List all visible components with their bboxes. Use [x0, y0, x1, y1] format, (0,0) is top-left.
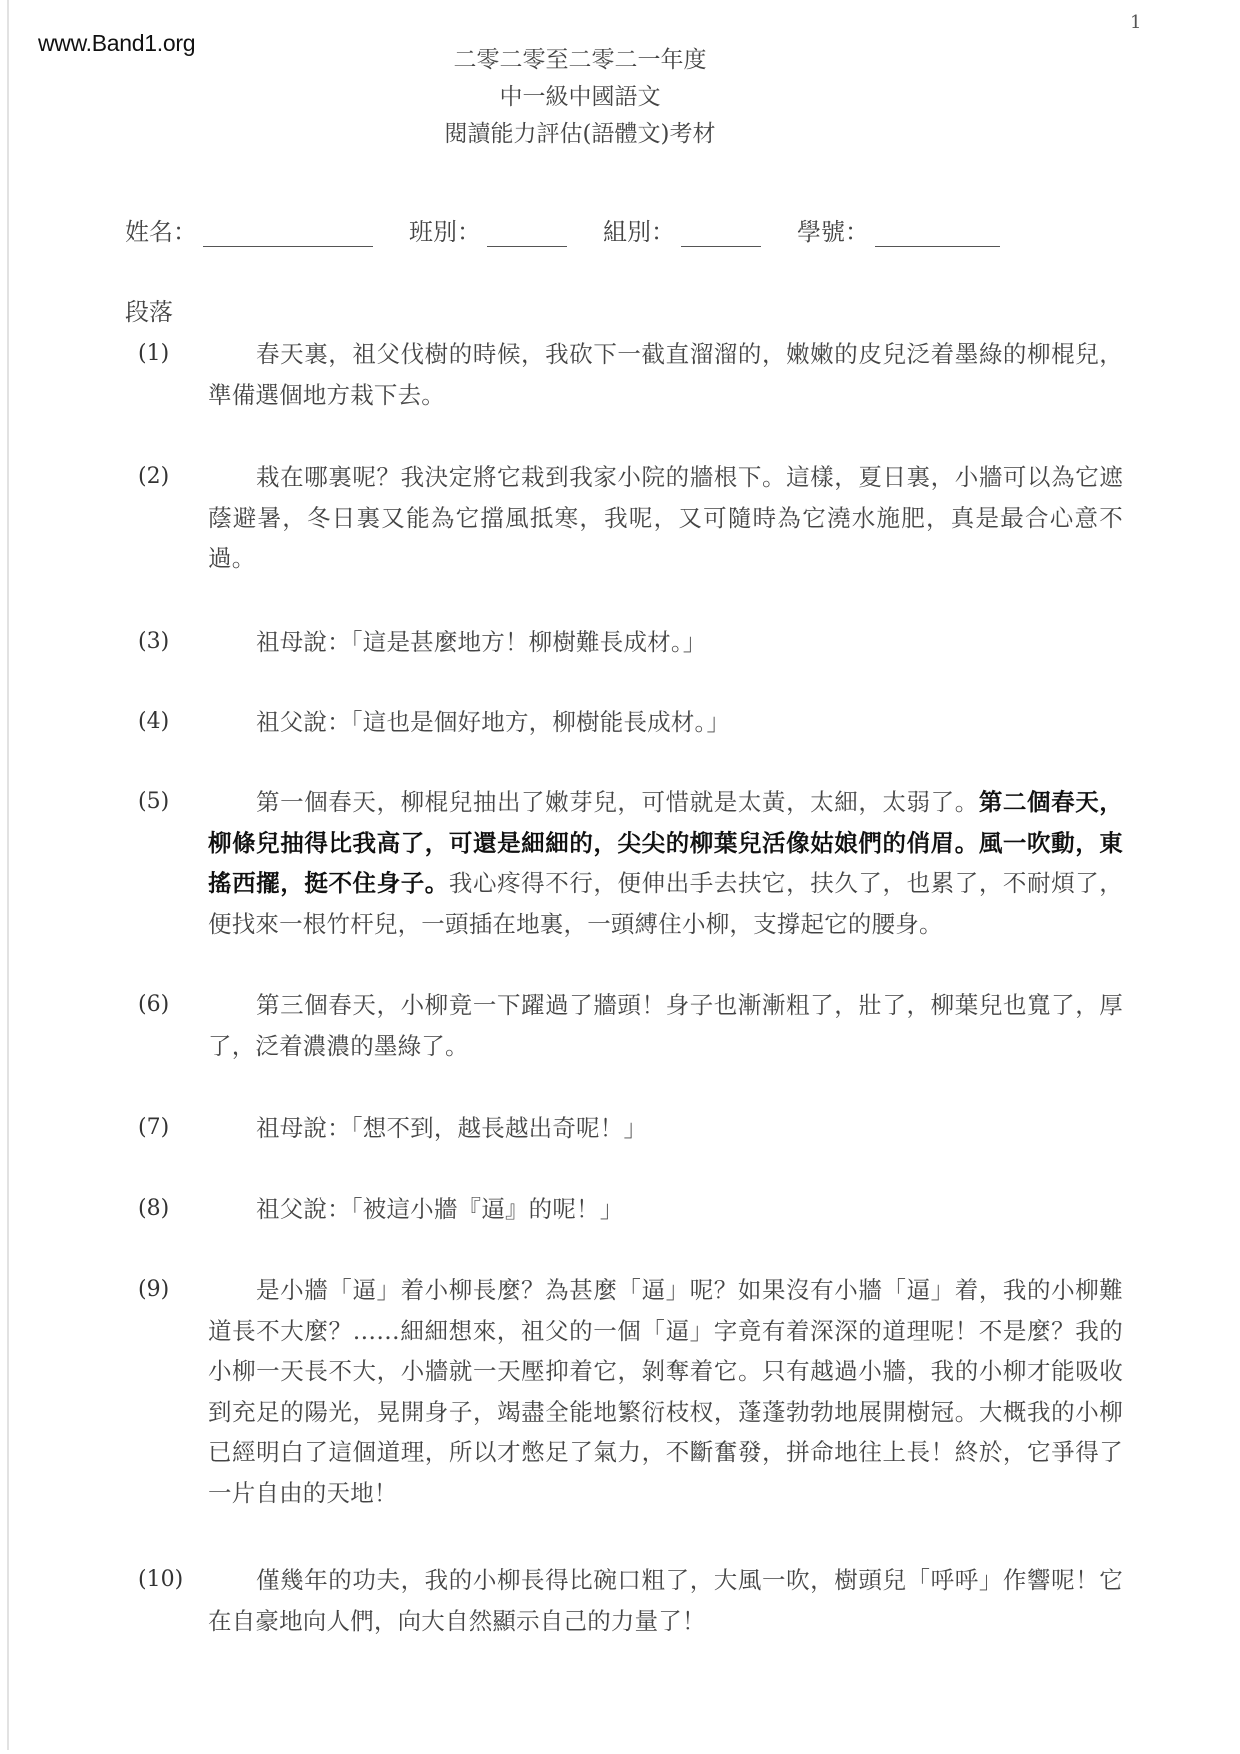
class-blank[interactable] [487, 224, 567, 247]
paragraph-number: (9) [138, 1270, 169, 1310]
paragraph-number: (5) [138, 782, 169, 822]
page-left-border [7, 0, 9, 1750]
student-number-blank[interactable] [875, 224, 1000, 247]
paragraph-number: (4) [138, 702, 169, 742]
paragraph-text: 僅幾年的功夫，我的小柳長得比碗口粗了，大風一吹，樹頭兒「呼呼」作響呢！它在自豪地… [208, 1560, 1123, 1641]
name-blank[interactable] [203, 224, 373, 247]
section-label-paragraphs: 段落 [125, 292, 173, 327]
class-label: 班別： [409, 212, 481, 247]
student-number-field: 學號： [797, 212, 1000, 247]
paragraph-number: (10) [138, 1560, 183, 1600]
paragraph-text: 春天裏，祖父伐樹的時候，我砍下一截直溜溜的，嫩嫩的皮兒泛着墨綠的柳棍兒，準備選個… [208, 334, 1123, 415]
class-field: 班別： [409, 212, 567, 247]
title-year: 二零二零至二零二一年度 [0, 42, 1160, 79]
title-assessment: 閱讀能力評估(語體文)考材 [0, 116, 1160, 153]
student-info-row: 姓名： 班別： 組別： 學號： [125, 212, 1000, 247]
student-number-label: 學號： [797, 212, 869, 247]
paragraph-text: 祖母說：「想不到，越長越出奇呢！」 [208, 1108, 1123, 1149]
name-field: 姓名： [125, 212, 373, 247]
paragraph-text-normal: 第一個春天，柳棍兒抽出了嫩芽兒，可惜就是太黃，太細，太弱了。 [256, 788, 979, 816]
group-label: 組別： [603, 212, 675, 247]
paragraph-text: 祖母說：「這是甚麼地方！柳樹難長成材。」 [208, 622, 1123, 663]
paragraph-text: 栽在哪裏呢？我決定將它栽到我家小院的牆根下。這樣，夏日裏，小牆可以為它遮蔭避暑，… [208, 457, 1123, 579]
paragraph-text: 第一個春天，柳棍兒抽出了嫩芽兒，可惜就是太黃，太細，太弱了。第二個春天，柳條兒抽… [208, 782, 1123, 944]
paragraph-number: (8) [138, 1189, 169, 1229]
page-number: 1 [1130, 12, 1141, 33]
name-label: 姓名： [125, 212, 197, 247]
paragraph-number: (1) [138, 334, 169, 374]
title-subject: 中一級中國語文 [0, 79, 1160, 116]
paragraph-text: 祖父說：「被這小牆『逼』的呢！」 [208, 1189, 1123, 1230]
paragraph-text: 第三個春天，小柳竟一下躍過了牆頭！身子也漸漸粗了，壯了，柳葉兒也寬了，厚了，泛着… [208, 985, 1123, 1066]
paragraph-text: 是小牆「逼」着小柳長麼？為甚麼「逼」呢？如果沒有小牆「逼」着，我的小柳難道長不大… [208, 1270, 1123, 1513]
document-title-block: 二零二零至二零二一年度 中一級中國語文 閱讀能力評估(語體文)考材 [0, 42, 1160, 153]
group-field: 組別： [603, 212, 761, 247]
paragraph-text: 祖父說：「這也是個好地方，柳樹能長成材。」 [208, 702, 1123, 743]
paragraph-number: (6) [138, 985, 169, 1025]
group-blank[interactable] [681, 224, 761, 247]
paragraph-number: (2) [138, 457, 169, 497]
paragraph-number: (7) [138, 1108, 169, 1148]
paragraph-number: (3) [138, 622, 169, 662]
